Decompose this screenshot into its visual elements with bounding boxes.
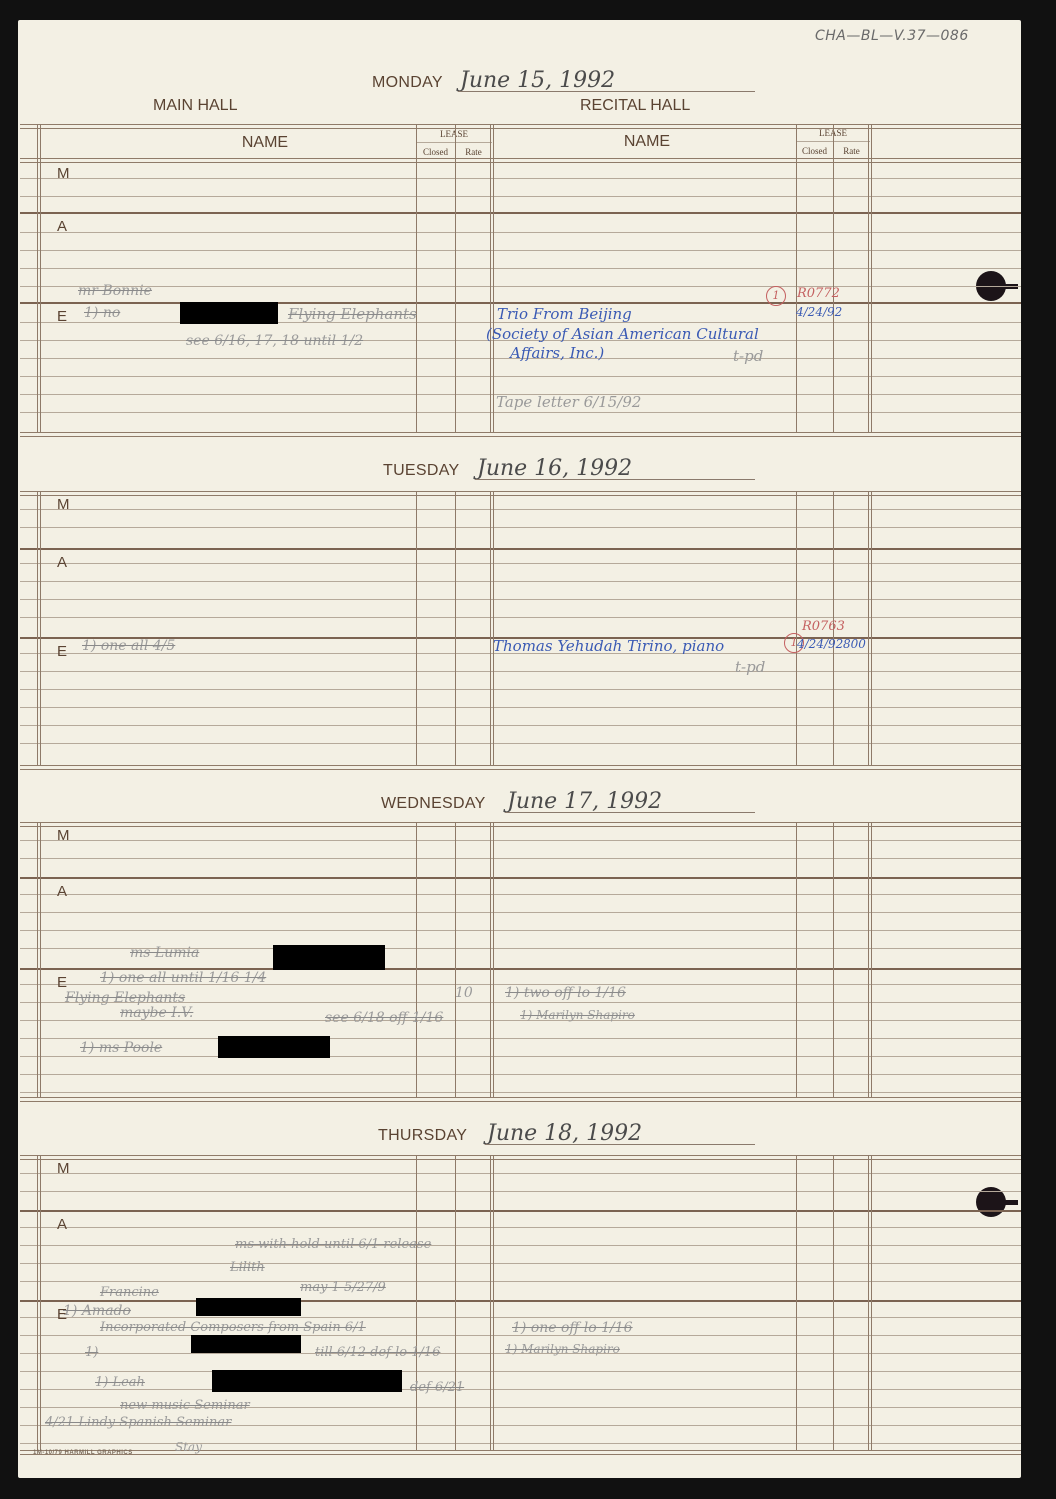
column-rule xyxy=(455,1155,456,1450)
main-entry: see 6/16, 17, 18 until 1/2 xyxy=(186,333,363,349)
column-rule xyxy=(416,124,417,432)
redaction-block xyxy=(218,1036,330,1058)
table-bottom-rule xyxy=(20,1097,1021,1102)
main-entry: Stay xyxy=(175,1440,202,1454)
main-entry: 1) ms Poole xyxy=(80,1040,162,1056)
redaction-block xyxy=(212,1370,402,1392)
main-entry: 1) no xyxy=(84,305,120,321)
main-entry: def 6/21 xyxy=(410,1380,464,1395)
lease-contract: R0772 xyxy=(797,286,840,301)
column-rule xyxy=(455,491,456,765)
column-rule xyxy=(416,822,417,1097)
margin-rule xyxy=(37,822,41,1097)
handwritten-date: June 15, 1992 xyxy=(460,68,615,93)
main-entry: 1) xyxy=(85,1345,98,1360)
column-rule xyxy=(455,124,456,432)
handwritten-date: June 17, 1992 xyxy=(507,789,662,814)
main-entry: mr Bonnie xyxy=(78,283,152,299)
main-entry: new music Seminar xyxy=(120,1398,250,1413)
recital-entry: 1) two off lo 1/16 xyxy=(505,985,626,1001)
margin-rule xyxy=(37,491,41,765)
column-rule xyxy=(416,491,417,765)
column-rule xyxy=(796,124,797,432)
recital-name-header: NAME xyxy=(572,133,722,151)
main-closed-header: Closed xyxy=(416,147,455,157)
redaction-block xyxy=(180,302,278,324)
column-rule xyxy=(796,822,797,1097)
main-entry: ms Lumia xyxy=(130,945,199,961)
column-rule-double xyxy=(868,124,872,432)
main-entry: Francine xyxy=(100,1285,159,1300)
period-label-a: A xyxy=(57,218,67,235)
column-rule xyxy=(796,1155,797,1450)
recital-entry: Affairs, Inc.) xyxy=(510,344,604,362)
recital-entry: 1) Marilyn Shapiro xyxy=(520,1008,635,1022)
redaction-block xyxy=(273,945,385,970)
recital-entry: Tape letter 6/15/92 xyxy=(496,393,641,411)
column-rule-double xyxy=(490,1155,494,1450)
column-rule-double xyxy=(490,822,494,1097)
period-label-a: A xyxy=(57,883,67,900)
main-entry: 1) one all 4/5 xyxy=(82,638,175,654)
recital-entry: 1) one off lo 1/16 xyxy=(512,1320,633,1336)
period-label-m: M xyxy=(57,827,70,844)
recital-entry: 1) Marilyn Shapiro xyxy=(505,1342,620,1356)
margin-rule xyxy=(37,124,41,432)
recital-hall-title: RECITAL HALL xyxy=(580,97,690,115)
main-entry: maybe I.V. xyxy=(120,1005,193,1021)
redaction-block xyxy=(191,1335,301,1353)
column-rule xyxy=(833,822,834,1097)
main-entry: 4/21 Lindy Spanish Seminar xyxy=(45,1415,231,1430)
redaction-block xyxy=(196,1298,301,1316)
catalog-id: CHA—BL—V.37—086 xyxy=(815,28,969,44)
date-underline xyxy=(475,479,755,480)
recital-entry: t-pd xyxy=(733,347,763,365)
period-label-a: A xyxy=(57,1216,67,1233)
day-label-monday: MONDAY xyxy=(372,74,443,92)
lease-contract: R0763 xyxy=(802,619,845,634)
main-hall-title: MAIN HALL xyxy=(153,97,237,115)
main-entry: 1) Leah xyxy=(95,1375,145,1390)
main-entry: 1) Amado xyxy=(63,1303,131,1319)
main-entry: Lilith xyxy=(230,1260,265,1275)
period-label-e: E xyxy=(57,974,67,991)
period-label-e: E xyxy=(57,308,67,325)
printer-mark: 1M-10/79 HARMILL GRAPHICS xyxy=(33,1450,133,1456)
period-label-m: M xyxy=(57,496,70,513)
column-rule xyxy=(833,124,834,432)
recital-entry: (Society of Asian American Cultural xyxy=(486,325,759,343)
margin-rule xyxy=(37,1155,41,1450)
main-entry: 1) one all until 1/16 1/4 xyxy=(100,970,266,986)
date-underline xyxy=(505,812,755,813)
main-entry: 10 xyxy=(455,985,473,1001)
column-rule-double xyxy=(490,124,494,432)
table-bottom-rule xyxy=(20,432,1021,437)
column-rule-double xyxy=(868,491,872,765)
lease-rate: 800 xyxy=(843,637,866,651)
column-rule xyxy=(455,822,456,1097)
period-label-m: M xyxy=(57,165,70,182)
period-label-m: M xyxy=(57,1160,70,1177)
recital-entry: Trio From Beijing xyxy=(497,305,632,323)
recital-entry: t-pd xyxy=(735,658,765,676)
period-label-e: E xyxy=(57,643,67,660)
recital-closed-header: Closed xyxy=(796,146,833,156)
period-label-a: A xyxy=(57,554,67,571)
date-underline xyxy=(458,91,755,92)
day-label-wednesday: WEDNESDAY xyxy=(381,795,486,813)
column-rule xyxy=(833,1155,834,1450)
main-rate-header: Rate xyxy=(455,147,492,157)
day-label-tuesday: TUESDAY xyxy=(383,462,459,480)
handwritten-date: June 16, 1992 xyxy=(477,456,632,481)
lease-sub-rule xyxy=(416,142,492,143)
recital-rate-header: Rate xyxy=(833,146,870,156)
table-bottom-rule xyxy=(20,1450,1021,1455)
lease-circle: 1 xyxy=(766,286,786,306)
lease-closed-date: 4/24/92 xyxy=(796,305,842,319)
main-name-header: NAME xyxy=(190,134,340,152)
column-rule xyxy=(796,491,797,765)
column-rule-double xyxy=(490,491,494,765)
main-entry: may 1 5/27/9 xyxy=(300,1280,386,1295)
recital-entry: Thomas Yehudah Tirino, piano xyxy=(493,637,724,655)
column-rule xyxy=(416,1155,417,1450)
main-lease-header: LEASE xyxy=(416,129,492,139)
table-bottom-rule xyxy=(20,765,1021,770)
main-entry: Flying Elephants xyxy=(65,990,185,1006)
main-entry: Incorporated Composers from Spain 6/1 xyxy=(100,1320,366,1335)
column-rule-double xyxy=(868,1155,872,1450)
column-rule-double xyxy=(868,822,872,1097)
main-entry: ms with hold until 6/1 release xyxy=(235,1237,431,1252)
main-entry: Flying Elephants xyxy=(288,305,417,323)
date-underline xyxy=(485,1144,755,1145)
main-entry: till 6/12 def lo 1/16 xyxy=(315,1345,440,1360)
handwritten-date: June 18, 1992 xyxy=(487,1121,642,1146)
lease-closed-date: 4/24/92 xyxy=(797,637,843,651)
binder-hole-tab-bottom xyxy=(1004,1200,1018,1205)
day-label-thursday: THURSDAY xyxy=(378,1127,467,1145)
main-entry: see 6/18 off 1/16 xyxy=(325,1010,443,1026)
